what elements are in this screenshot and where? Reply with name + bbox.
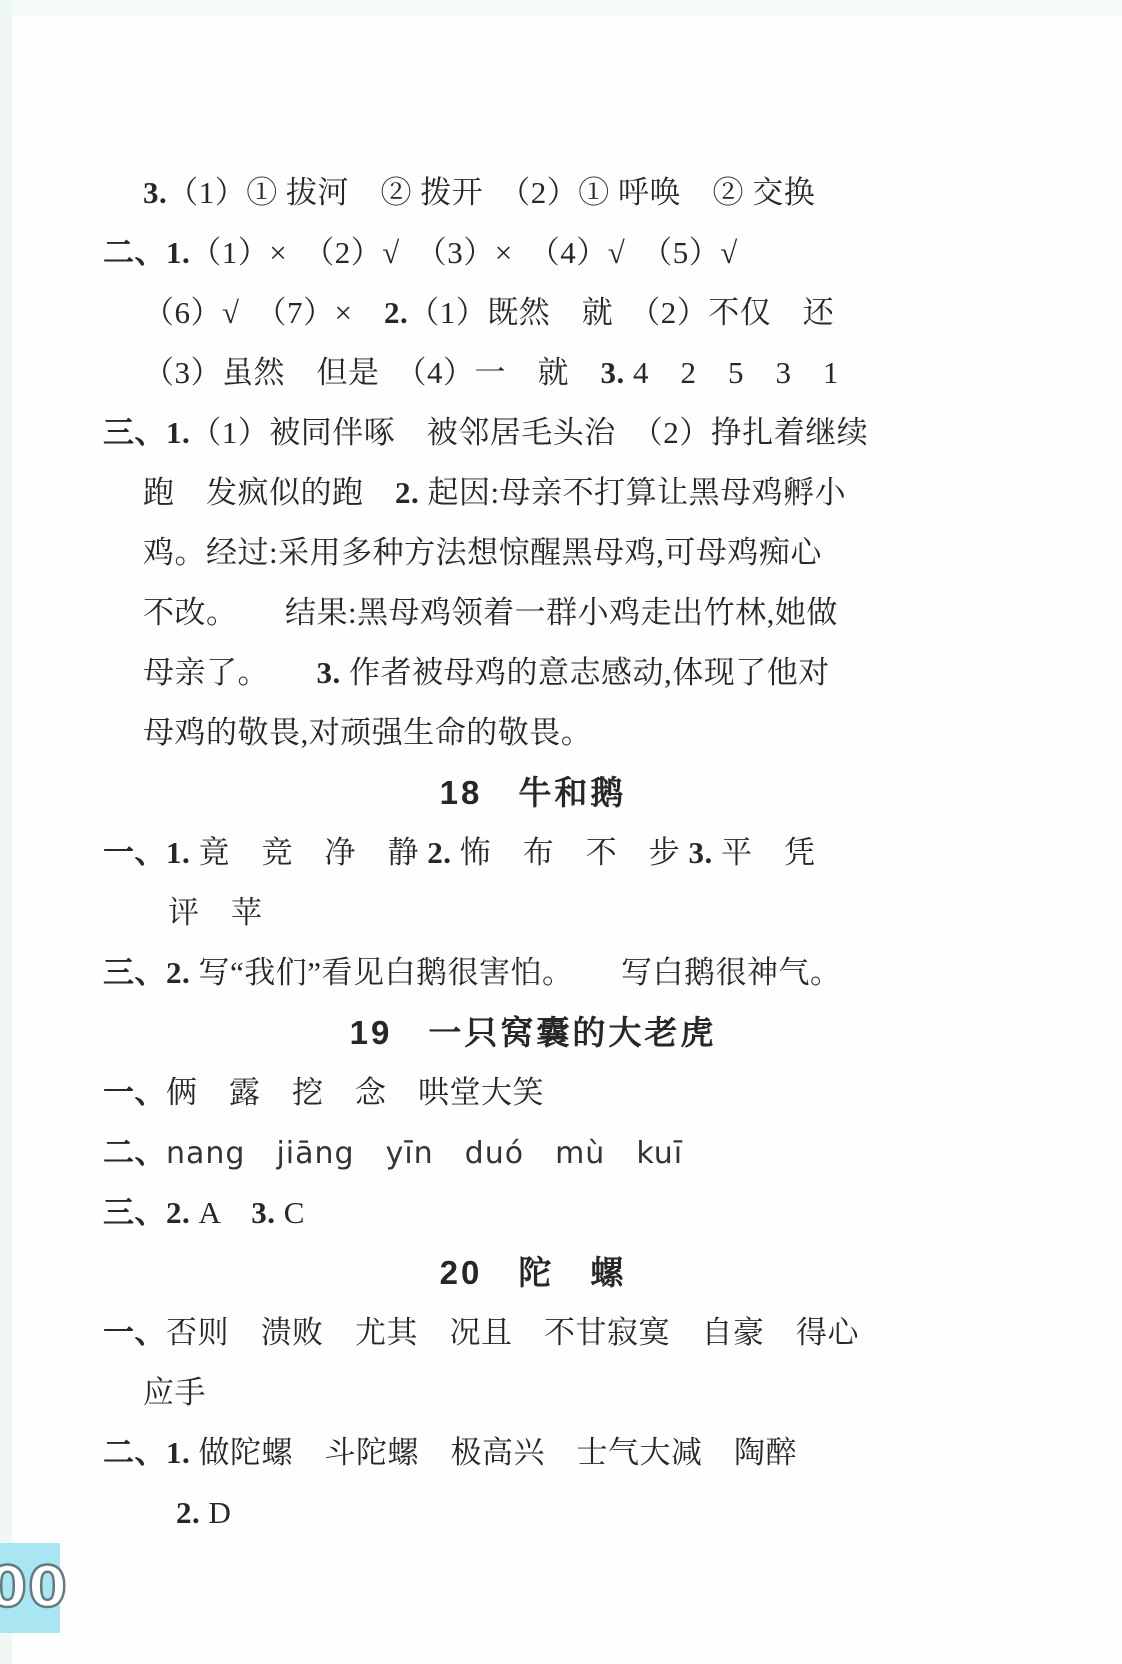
answer-line: 一、否则 溃败 尤其 况且 不甘寂寞 自豪 得心 [103, 1303, 963, 1363]
item-number: 2. [166, 955, 190, 990]
answer-text: 不改。 结果:黑母鸡领着一群小鸡走出竹林,她做 [143, 595, 838, 630]
section-marker: 一、 [103, 1315, 166, 1350]
answer-text: （3）虽然 但是 （4）一 就 [143, 355, 601, 390]
answer-key-content: 3.（1）① 拔河 ② 拨开 （2）① 呼唤 ② 交换二、1.（1）× （2）√… [103, 163, 963, 1543]
answer-text: A [190, 1195, 251, 1230]
answer-line: 母亲了。 3. 作者被母鸡的意志感动,体现了他对 [103, 643, 963, 703]
answer-line: 3.（1）① 拔河 ② 拨开 （2）① 呼唤 ② 交换 [103, 163, 963, 223]
page-number: 00 [0, 1543, 68, 1633]
lesson-heading: 19 一只窝囊的大老虎 [103, 1003, 963, 1063]
answer-text: 母亲了。 [143, 655, 317, 690]
page-top-edge [0, 0, 1122, 16]
lesson-heading: 20 陀 螺 [103, 1243, 963, 1303]
answer-line: 二、nang jiāng yīn duó mù kuī [103, 1123, 963, 1183]
answer-line: 一、俩 露 挖 念 哄堂大笑 [103, 1063, 963, 1123]
item-number: 1. [166, 415, 190, 450]
answer-text: 应手 [143, 1375, 206, 1410]
lesson-heading: 18 牛和鹅 [103, 763, 963, 823]
answer-line: 2. D [103, 1483, 963, 1543]
answer-text: 否则 溃败 尤其 况且 不甘寂寞 自豪 得心 [166, 1315, 859, 1350]
answer-text: 起因:母亲不打算让黑母鸡孵小 [419, 475, 846, 510]
answer-text: 母鸡的敬畏,对顽强生命的敬畏。 [143, 715, 592, 750]
answer-text: （1）既然 就 （2）不仅 还 [408, 295, 834, 330]
answer-line: 三、1.（1）被同伴啄 被邻居毛头治 （2）挣扎着继续 [103, 403, 963, 463]
item-number: 2. [395, 475, 419, 510]
section-marker: 二、 [103, 1435, 166, 1470]
section-marker: 三、 [103, 415, 166, 450]
answer-line: 二、1.（1）× （2）√ （3）× （4）√ （5）√ [103, 223, 963, 283]
answer-text: 跑 发疯似的跑 [143, 475, 395, 510]
item-number: 1. [166, 835, 190, 870]
answer-line: （6）√ （7）× 2.（1）既然 就 （2）不仅 还 [103, 283, 963, 343]
answer-line: 不改。 结果:黑母鸡领着一群小鸡走出竹林,她做 [103, 583, 963, 643]
answer-text: （1）× （2）√ （3）× （4）√ （5）√ [190, 235, 738, 270]
section-marker: 二、 [103, 1135, 166, 1170]
answer-line: 评 苹 [103, 883, 963, 943]
answer-line: 应手 [103, 1363, 963, 1423]
answer-text: （1）被同伴啄 被邻居毛头治 （2）挣扎着继续 [190, 415, 868, 450]
item-number: 19 一只窝囊的大老虎 [350, 1014, 717, 1051]
answer-text: 写“我们”看见白鹅很害怕。 写白鹅很神气。 [190, 955, 841, 990]
answer-text: C [275, 1195, 304, 1230]
section-marker: 三、 [103, 1195, 166, 1230]
answer-text: 鸡。经过:采用多种方法想惊醒黑母鸡,可母鸡痴心 [143, 535, 822, 570]
answer-text: 做陀螺 斗陀螺 极高兴 士气大减 陶醉 [190, 1435, 797, 1470]
section-marker: 一、 [103, 835, 166, 870]
answer-line: 二、1. 做陀螺 斗陀螺 极高兴 士气大减 陶醉 [103, 1423, 963, 1483]
item-number: 3. [689, 835, 713, 870]
item-number: 2. [427, 835, 451, 870]
answer-line: （3）虽然 但是 （4）一 就 3. 4 2 5 3 1 [103, 343, 963, 403]
answer-text: 评 苹 [168, 895, 263, 930]
item-number: 2. [176, 1495, 200, 1530]
answer-text: 4 2 5 3 1 [625, 355, 839, 390]
page-number-badge: 00 [0, 1543, 60, 1633]
answer-line: 三、2. A 3. C [103, 1183, 963, 1243]
answer-text: D [200, 1495, 231, 1530]
item-number: 1. [166, 1435, 190, 1470]
answer-text: 平 凭 [713, 835, 816, 870]
item-number: 2. [384, 295, 408, 330]
answer-text: 俩 露 挖 念 哄堂大笑 [166, 1075, 544, 1110]
item-number: 3. [601, 355, 625, 390]
item-number: 2. [166, 1195, 190, 1230]
answer-text: 作者被母鸡的意志感动,体现了他对 [341, 655, 830, 690]
answer-text: 怖 布 不 步 [452, 835, 689, 870]
item-number: 3. [251, 1195, 275, 1230]
section-marker: 二、 [103, 235, 166, 270]
answer-line: 鸡。经过:采用多种方法想惊醒黑母鸡,可母鸡痴心 [103, 523, 963, 583]
answer-line: 跑 发疯似的跑 2. 起因:母亲不打算让黑母鸡孵小 [103, 463, 963, 523]
answer-line: 母鸡的敬畏,对顽强生命的敬畏。 [103, 703, 963, 763]
item-number: 3. [143, 175, 167, 210]
answer-line: 三、2. 写“我们”看见白鹅很害怕。 写白鹅很神气。 [103, 943, 963, 1003]
item-number: 3. [317, 655, 341, 690]
item-number: 1. [166, 235, 190, 270]
pinyin-text: nang jiāng yīn duó mù kuī [166, 1136, 683, 1171]
section-marker: 一、 [103, 1075, 166, 1110]
answer-text: 竟 竞 净 静 [190, 835, 427, 870]
page-left-edge [0, 0, 12, 1664]
item-number: 20 陀 螺 [440, 1254, 627, 1291]
answer-text: （6）√ （7）× [143, 295, 384, 330]
item-number: 18 牛和鹅 [440, 774, 627, 811]
section-marker: 三、 [103, 955, 166, 990]
answer-line: 一、1. 竟 竞 净 静 2. 怖 布 不 步 3. 平 凭 [103, 823, 963, 883]
answer-text: （1）① 拔河 ② 拨开 （2）① 呼唤 ② 交换 [167, 175, 815, 210]
